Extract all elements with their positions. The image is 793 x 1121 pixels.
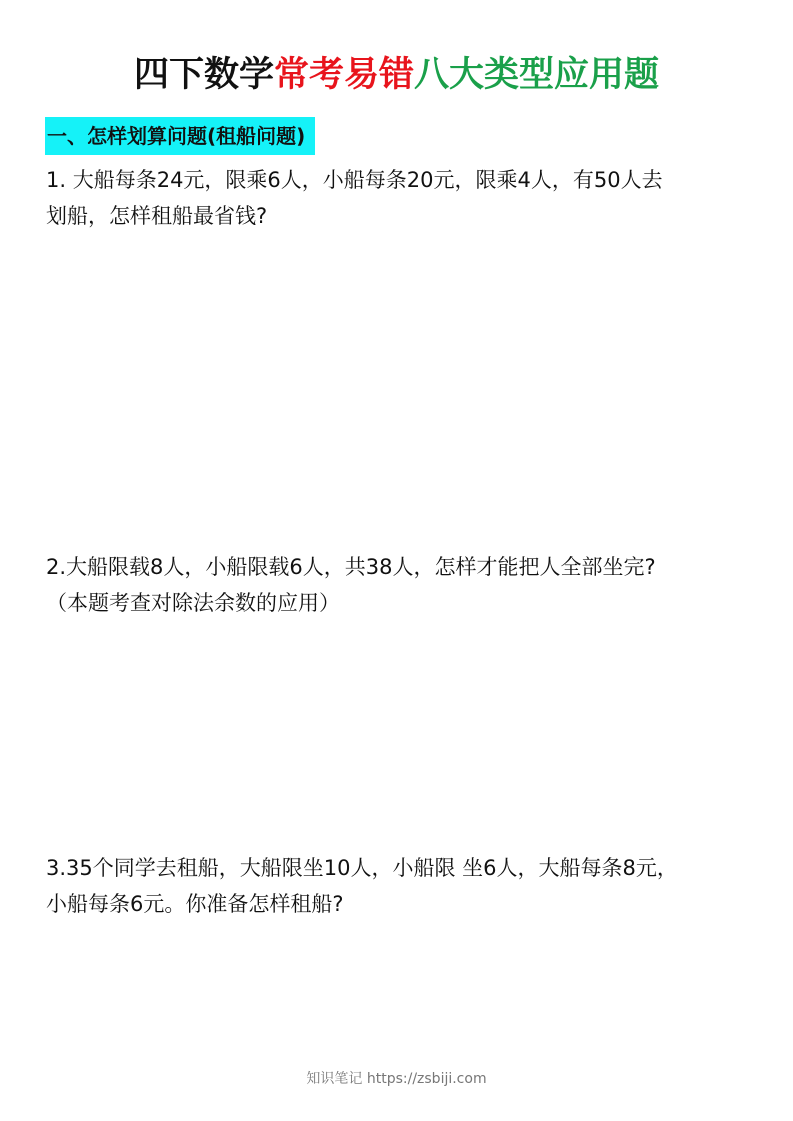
question-3-line-2: 小船每条6元。你准备怎样租船? [46, 886, 756, 922]
question-1-line-1: 1. 大船每条24元，限乘6人，小船每条20元，限乘4人，有50人去 [46, 162, 756, 198]
title-part-eight-types: 八大类型应用题 [414, 55, 659, 95]
question-2: 2.大船限载8人，小船限载6人，共38人，怎样才能把人全部坐完? （本题考查对除… [46, 549, 756, 621]
question-1: 1. 大船每条24元，限乘6人，小船每条20元，限乘4人，有50人去 划船，怎样… [46, 162, 756, 234]
question-1-line-2: 划船，怎样租船最省钱? [46, 198, 756, 234]
question-2-line-2: （本题考查对除法余数的应用） [46, 585, 756, 621]
footer-watermark: 知识笔记 https://zsbiji.com [0, 1068, 793, 1088]
question-3: 3.35个同学去租船，大船限坐10人，小船限 坐6人，大船每条8元， 小船每条6… [46, 850, 756, 922]
title-part-grade: 四下数学 [134, 55, 274, 95]
question-2-line-1: 2.大船限载8人，小船限载6人，共38人，怎样才能把人全部坐完? [46, 549, 756, 585]
section-heading: 一、怎样划算问题(租船问题) [45, 117, 315, 155]
question-3-line-1: 3.35个同学去租船，大船限坐10人，小船限 坐6人，大船每条8元， [46, 850, 756, 886]
page-title: 四下数学常考易错八大类型应用题 [0, 52, 793, 98]
title-part-common-errors: 常考易错 [274, 55, 414, 95]
